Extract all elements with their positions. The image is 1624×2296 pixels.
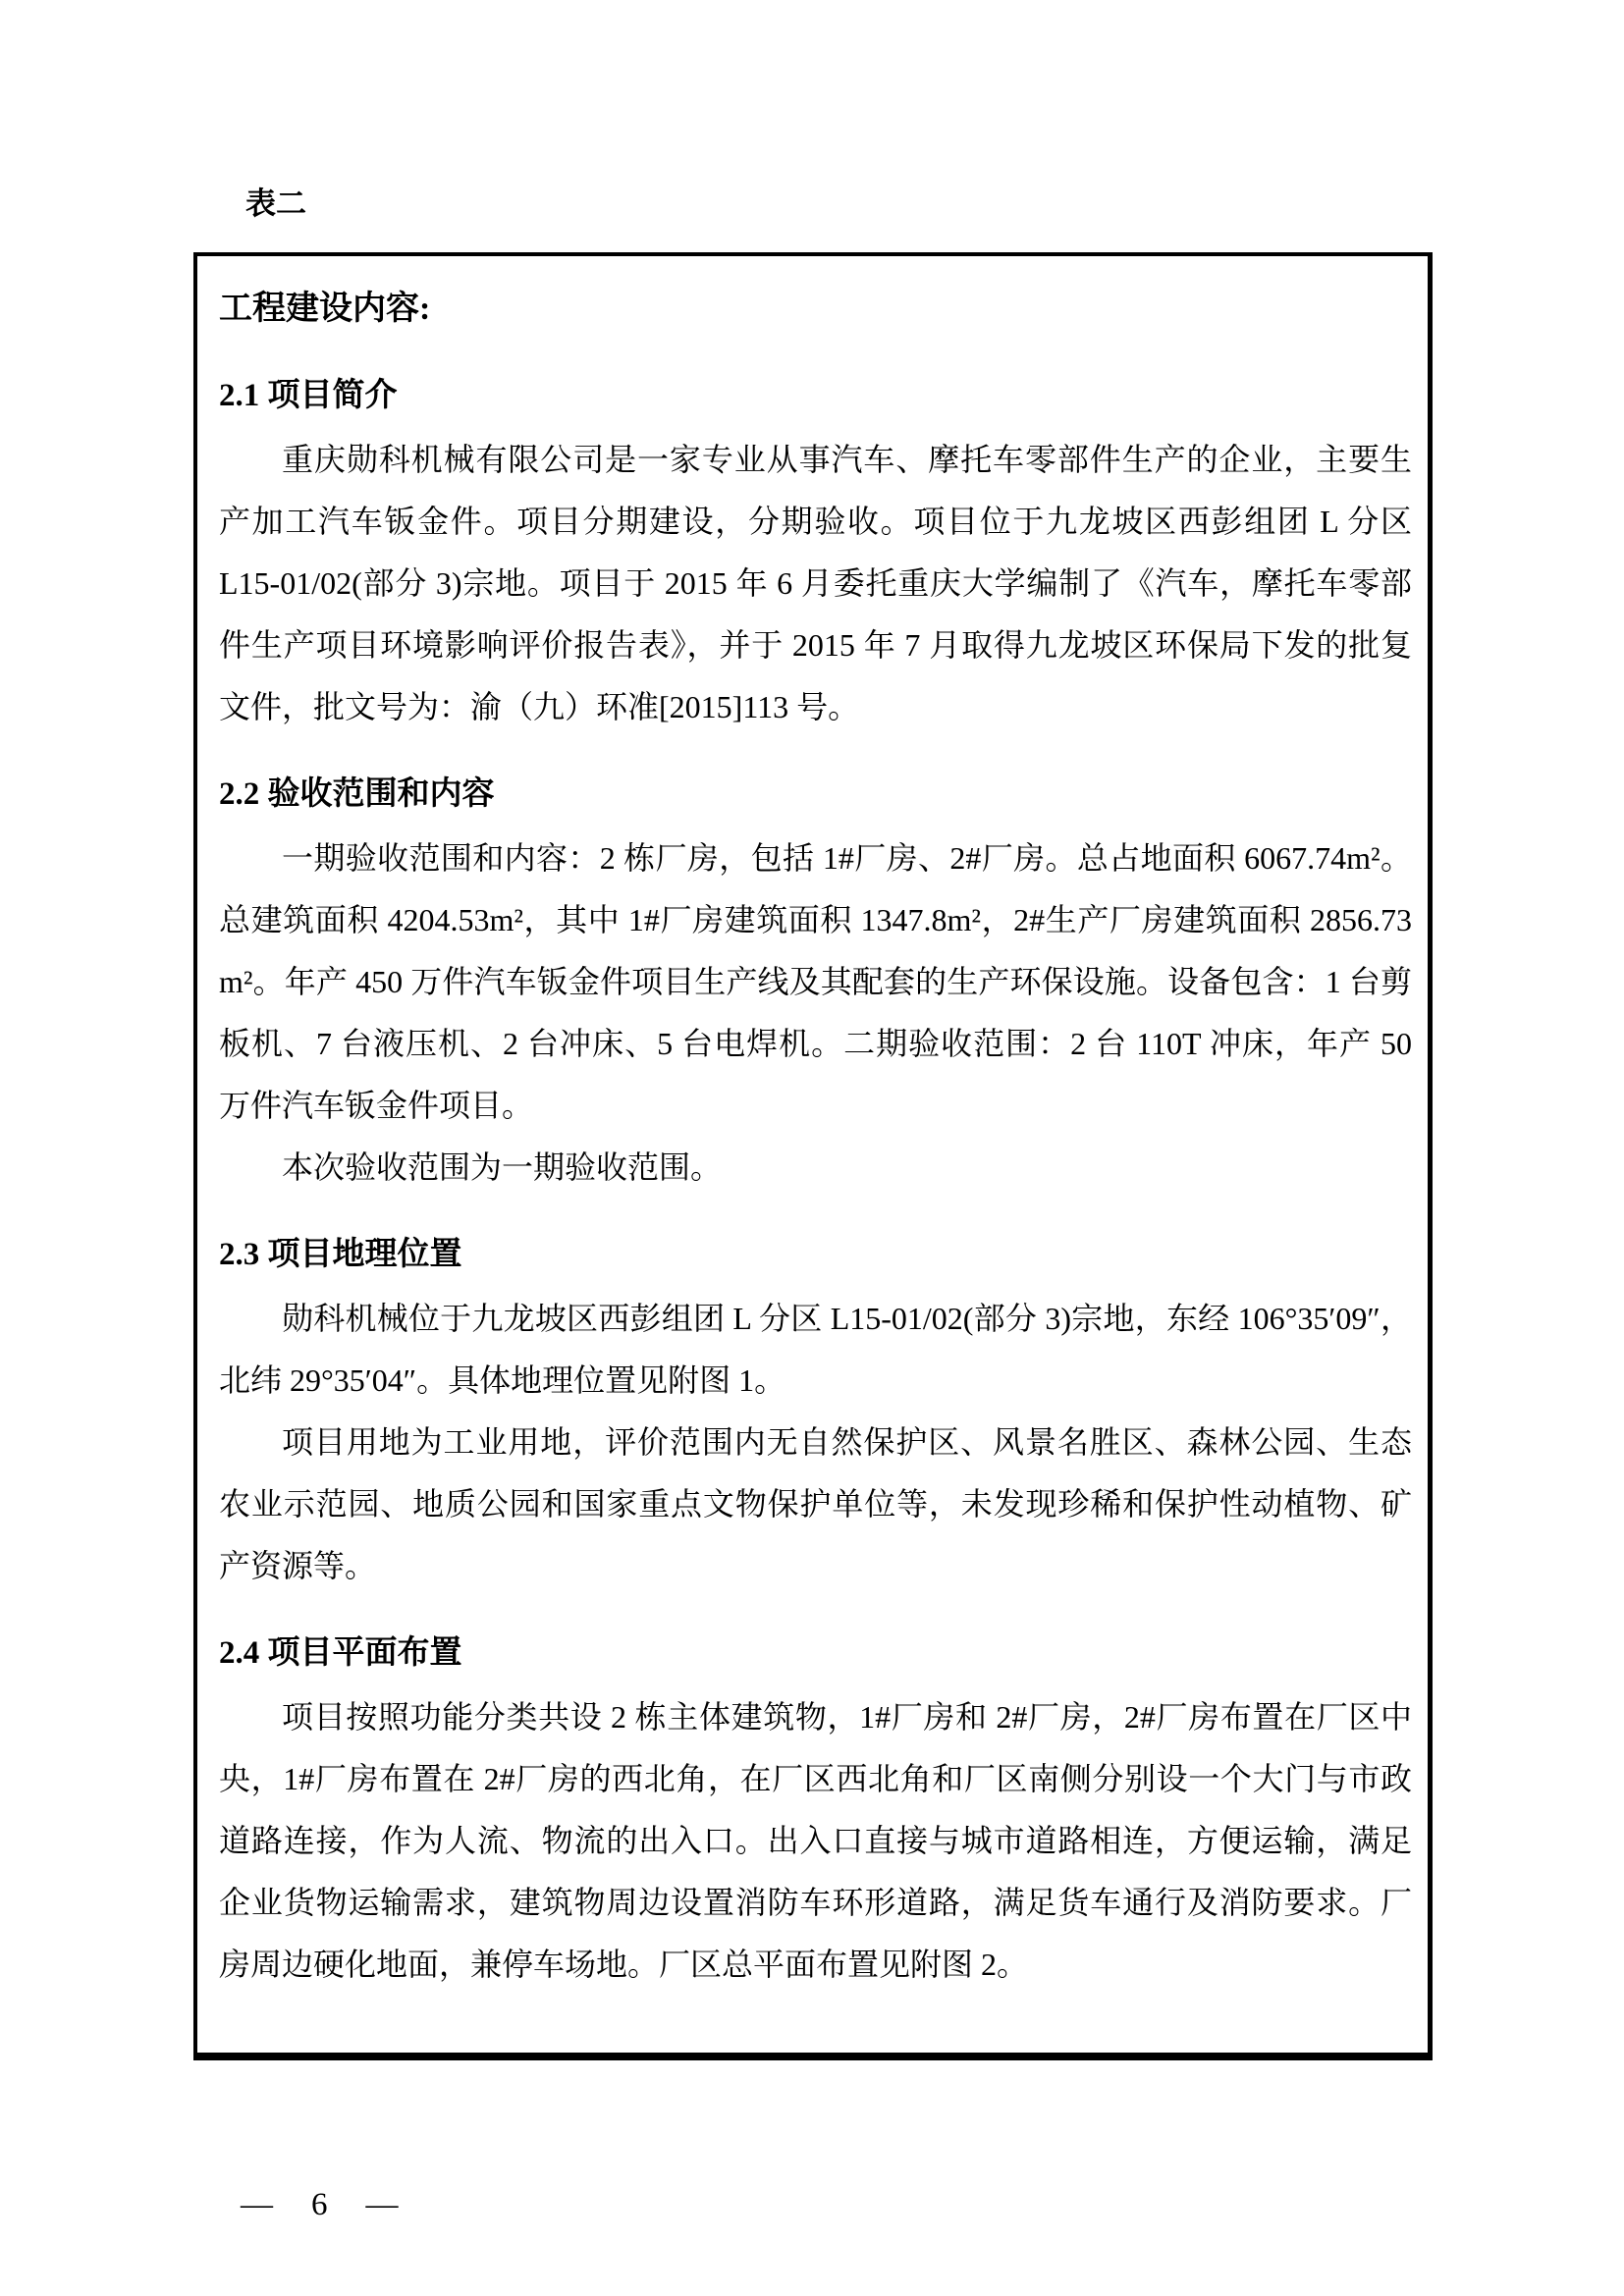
section-heading-2-2: 2.2 验收范围和内容: [219, 764, 1412, 826]
footer-left-dash: —: [241, 2185, 274, 2224]
section-2-3-paragraph-1: 勋科机械位于九龙坡区西彭组团 L 分区 L15-01/02(部分 3)宗地，东经…: [219, 1288, 1412, 1412]
section-2-2-paragraph-1: 一期验收范围和内容：2 栋厂房，包括 1#厂房、2#厂房。总占地面积 6067.…: [219, 828, 1412, 1137]
section-heading-2-4: 2.4 项目平面布置: [219, 1623, 1412, 1684]
content-box: 工程建设内容: 2.1 项目简介 重庆勋科机械有限公司是一家专业从事汽车、摩托车…: [193, 252, 1433, 2060]
footer-right-dash: —: [366, 2185, 400, 2224]
page-footer: —6—: [241, 2185, 400, 2224]
main-heading: 工程建设内容:: [219, 278, 1412, 340]
section-2-2-paragraph-2: 本次验收范围为一期验收范围。: [219, 1137, 1412, 1199]
table-label: 表二: [245, 185, 306, 224]
document-page: 表二 工程建设内容: 2.1 项目简介 重庆勋科机械有限公司是一家专业从事汽车、…: [0, 0, 1624, 2296]
section-2-1-paragraph-1: 重庆勋科机械有限公司是一家专业从事汽车、摩托车零部件生产的企业，主要生产加工汽车…: [219, 429, 1412, 738]
section-heading-2-1: 2.1 项目简介: [219, 365, 1412, 427]
section-2-3-paragraph-2: 项目用地为工业用地，评价范围内无自然保护区、风景名胜区、森林公园、生态农业示范园…: [219, 1412, 1412, 1597]
footer-page-number: 6: [311, 2185, 329, 2224]
section-2-4-paragraph-1: 项目按照功能分类共设 2 栋主体建筑物，1#厂房和 2#厂房，2#厂房布置在厂区…: [219, 1686, 1412, 1996]
section-heading-2-3: 2.3 项目地理位置: [219, 1224, 1412, 1286]
